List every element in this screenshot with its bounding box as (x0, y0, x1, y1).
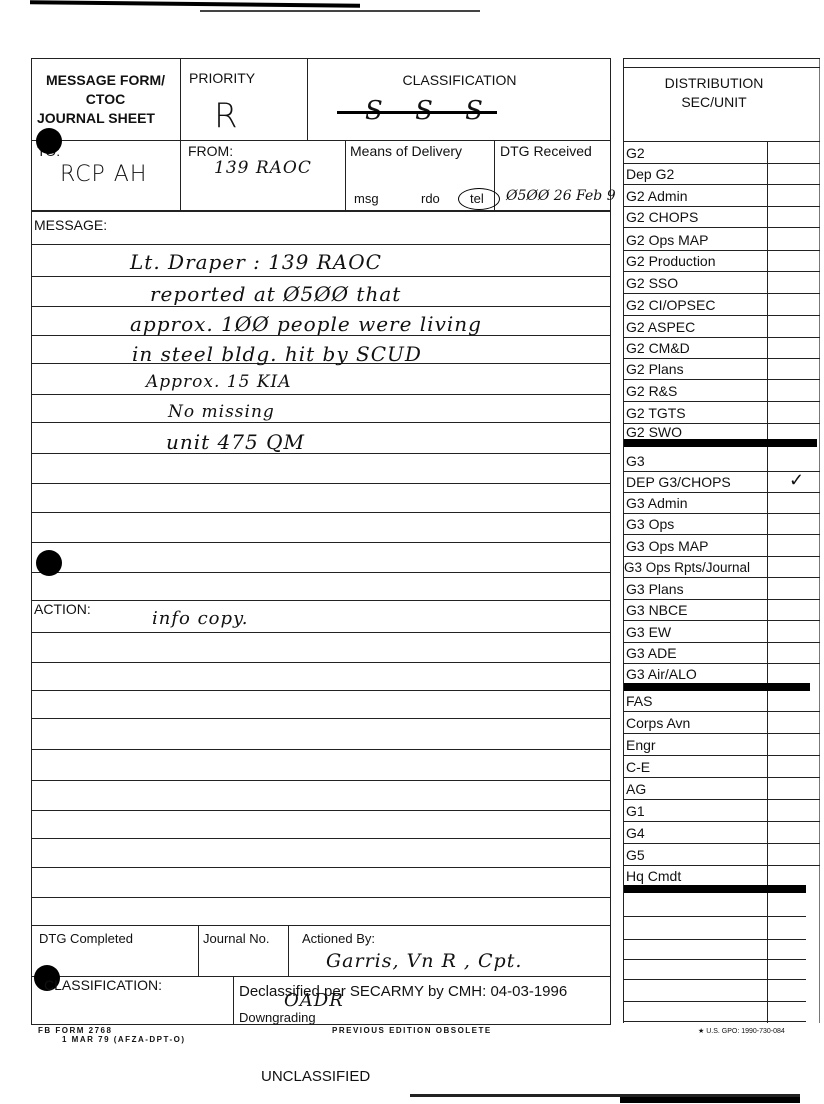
journal-no-label: Journal No. (203, 931, 269, 947)
message-label: MESSAGE: (34, 217, 107, 233)
form-title-line: JOURNAL SHEET (31, 108, 180, 128)
distribution-item-label: G2 Production (624, 253, 716, 269)
divider (623, 58, 820, 59)
distribution-item[interactable]: G2 SSO (624, 273, 820, 294)
distribution-item[interactable]: G2 CM&D (624, 338, 820, 359)
blank-row-line (624, 959, 806, 960)
divider (623, 141, 820, 142)
distribution-title-line: DISTRIBUTION (624, 74, 804, 93)
scan-artifact-top-2 (200, 10, 480, 12)
distribution-item[interactable]: G3 ADE (624, 643, 820, 664)
ruled-line (31, 306, 611, 307)
blank-row-line (624, 1021, 806, 1022)
distribution-item-label: G2 Admin (624, 188, 687, 204)
ruled-line (31, 572, 611, 573)
distribution-item[interactable]: FAS (624, 691, 820, 712)
punch-hole (36, 128, 62, 154)
distribution-item[interactable]: G3 Ops MAP (624, 536, 820, 557)
message-line[interactable]: approx. 1ØØ people were living (130, 312, 482, 336)
blank-row-line (624, 979, 806, 980)
distribution-item[interactable]: G3 Air/ALO (624, 664, 820, 685)
ruled-line (31, 512, 611, 513)
distribution-item[interactable]: G2 Production (624, 251, 820, 272)
distribution-item-label: AG (624, 781, 646, 797)
message-line[interactable]: No missing (168, 402, 275, 422)
distribution-item[interactable]: G4 (624, 823, 820, 844)
distribution-item-label: DEP G3/CHOPS (624, 474, 731, 490)
distribution-item[interactable]: G3 EW (624, 622, 820, 643)
distribution-item-label: FAS (624, 693, 652, 709)
distribution-item-label: G3 Air/ALO (624, 666, 697, 682)
distribution-item-label: G1 (624, 803, 645, 819)
group-separator (624, 885, 806, 893)
action-value[interactable]: info copy. (152, 608, 249, 629)
distribution-item[interactable]: DEP G3/CHOPS✓ (624, 472, 820, 493)
form-title: MESSAGE FORM/ CTOC JOURNAL SHEET (31, 70, 180, 128)
gpo-notice: ★ U.S. GPO: 1990-730-084 (698, 1027, 785, 1035)
distribution-item[interactable]: G2 CI/OPSEC (624, 295, 820, 316)
distribution-item[interactable]: G1 (624, 801, 820, 822)
distribution-item-label: G3 Ops (624, 516, 674, 532)
distribution-item[interactable]: G2 Admin (624, 186, 820, 207)
means-option-msg[interactable]: msg (354, 191, 379, 207)
distribution-item-label: G4 (624, 825, 645, 841)
distribution-item-label: G2 R&S (624, 383, 677, 399)
ruled-line (31, 718, 611, 719)
distribution-item-label: G2 TGTS (624, 405, 686, 421)
distribution-item[interactable]: G2 Plans (624, 359, 820, 380)
divider (288, 925, 289, 977)
distribution-item-label: G5 (624, 847, 645, 863)
divider (198, 925, 199, 977)
distribution-item-label: G2 Ops MAP (624, 232, 708, 248)
classification-label: CLASSIFICATION (308, 72, 611, 88)
distribution-title: DISTRIBUTION SEC/UNIT (624, 74, 804, 112)
distribution-item-label: G2 SWO (624, 424, 682, 440)
distribution-item[interactable]: G3 Ops (624, 514, 820, 535)
dtg-received-label: DTG Received (500, 143, 592, 159)
ruled-line (31, 244, 611, 245)
distribution-item[interactable]: G3 Plans (624, 579, 820, 600)
downgrading-label: Downgrading (239, 1010, 316, 1026)
blank-row-line (624, 939, 806, 940)
distribution-item-label: G2 ASPEC (624, 319, 695, 335)
form-date: 1 MAR 79 (AFZA-DPT-O) (62, 1035, 186, 1044)
distribution-item[interactable]: G3 Admin (624, 493, 820, 514)
declassified-initials: OADR (284, 990, 344, 1011)
distribution-item[interactable]: G2 (624, 143, 820, 164)
distribution-item[interactable]: G2 ASPEC (624, 317, 820, 338)
distribution-item-label: G3 Admin (624, 495, 687, 511)
ruled-line (31, 780, 611, 781)
divider (31, 210, 611, 212)
ruled-line (31, 838, 611, 839)
message-line[interactable]: unit 475 QM (166, 430, 305, 454)
ruled-line (31, 394, 611, 395)
divider (31, 140, 611, 141)
distribution-item-label: G3 EW (624, 624, 671, 640)
ruled-line (31, 276, 611, 277)
means-option-rdo[interactable]: rdo (421, 191, 440, 207)
divider (345, 140, 346, 210)
ruled-line (31, 925, 611, 926)
distribution-item[interactable]: G3 (624, 451, 820, 472)
priority-value[interactable]: R (214, 96, 239, 136)
distribution-item-label: G3 Ops Rpts/Journal (624, 560, 750, 575)
distribution-item[interactable]: G5 (624, 845, 820, 866)
ruled-line (31, 483, 611, 484)
ruled-line (31, 867, 611, 868)
from-label: FROM: (188, 143, 233, 159)
ruled-line (31, 600, 611, 601)
obsolete-notice: PREVIOUS EDITION OBSOLETE (332, 1026, 492, 1035)
distribution-item[interactable]: Corps Avn (624, 713, 820, 734)
check-mark-icon: ✓ (789, 470, 804, 491)
classification-strikethrough (337, 111, 497, 114)
selected-circle (458, 188, 500, 210)
distribution-item-label: G2 CI/OPSEC (624, 297, 715, 313)
distribution-item[interactable]: G2 R&S (624, 381, 820, 402)
distribution-item-label: C-E (624, 759, 650, 775)
distribution-item-label: G3 Ops MAP (624, 538, 708, 554)
message-line[interactable]: Lt. Draper : 139 RAOC (130, 250, 382, 274)
classification-footer-label: CLASSIFICATION: (44, 977, 162, 993)
divider (623, 67, 820, 68)
ruled-line (31, 749, 611, 750)
means-of-delivery-label: Means of Delivery (350, 143, 462, 159)
divider (307, 58, 308, 141)
distribution-item-label: G3 ADE (624, 645, 677, 661)
scan-artifact-bottom-2 (620, 1097, 800, 1103)
distribution-item-label: G2 CM&D (624, 340, 690, 356)
scan-artifact-top (30, 0, 360, 7)
distribution-item[interactable]: Hq Cmdt (624, 866, 820, 887)
distribution-item[interactable]: G3 Ops Rpts/Journal (624, 557, 820, 578)
distribution-item-label: G3 NBCE (624, 602, 687, 618)
distribution-item[interactable]: G3 NBCE (624, 600, 820, 621)
form-number: FB FORM 2768 (38, 1026, 112, 1035)
distribution-item-label: G2 SSO (624, 275, 678, 291)
from-value[interactable]: 139 RAOC (214, 158, 312, 178)
ruled-line (31, 542, 611, 543)
form-title-line: MESSAGE FORM/ (31, 70, 180, 90)
blank-row-line (624, 1001, 806, 1002)
distribution-item[interactable]: AG (624, 779, 820, 800)
page-classification-marking: UNCLASSIFIED (261, 1068, 370, 1085)
ruled-line (31, 690, 611, 691)
distribution-item-label: G3 (624, 453, 645, 469)
distribution-item[interactable]: G2 Ops MAP (624, 230, 820, 251)
punch-hole (36, 550, 62, 576)
actioned-by-value[interactable]: Garris, Vn R , Cpt. (326, 950, 522, 972)
dtg-received-value[interactable]: Ø5ØØ 26 Feb 9 (506, 188, 616, 204)
divider (233, 976, 234, 1025)
distribution-item-label: Engr (624, 737, 656, 753)
to-value[interactable]: RCP AH (60, 162, 147, 187)
distribution-item[interactable]: C-E (624, 757, 820, 778)
distribution-item-label: Corps Avn (624, 715, 690, 731)
form-title-line: CTOC (31, 90, 180, 108)
distribution-item-label: Dep G2 (624, 166, 674, 182)
distribution-item-label: G2 (624, 145, 645, 161)
distribution-item[interactable]: Dep G2 (624, 164, 820, 185)
ruled-line (31, 422, 611, 423)
divider (180, 58, 181, 210)
ruled-line (31, 453, 611, 454)
message-line[interactable]: reported at Ø5ØØ that (150, 282, 401, 306)
distribution-title-line: SEC/UNIT (624, 93, 804, 112)
dtg-completed-label: DTG Completed (39, 931, 133, 947)
ruled-line (31, 810, 611, 811)
distribution-item-label: G2 CHOPS (624, 209, 698, 225)
ruled-line (31, 662, 611, 663)
group-separator (624, 683, 810, 691)
priority-label: PRIORITY (189, 70, 255, 86)
group-separator (624, 439, 817, 447)
ruled-line (31, 897, 611, 898)
distribution-item[interactable]: Engr (624, 735, 820, 756)
blank-row-line (624, 916, 806, 917)
distribution-item-label: G2 Plans (624, 361, 684, 377)
action-label: ACTION: (34, 601, 91, 617)
distribution-item-label: G3 Plans (624, 581, 684, 597)
distribution-item[interactable]: G2 TGTS (624, 403, 820, 424)
distribution-item[interactable]: G2 CHOPS (624, 207, 820, 228)
distribution-item-label: Hq Cmdt (624, 868, 681, 884)
message-line[interactable]: Approx. 15 KIA (146, 372, 292, 392)
ruled-line (31, 632, 611, 633)
actioned-by-label: Actioned By: (302, 931, 375, 947)
message-line[interactable]: in steel bldg. hit by SCUD (132, 342, 422, 366)
